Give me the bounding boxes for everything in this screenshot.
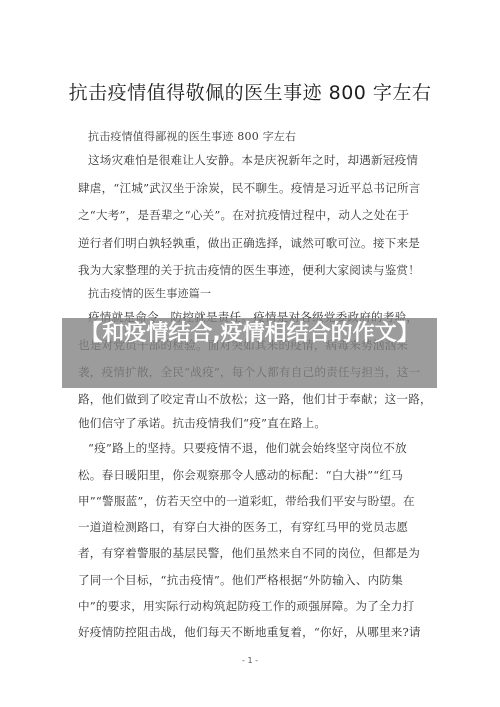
paragraph-line: 之“大考”，是吾辈之“心关”。在对抗疫情过程中，动人之处在于	[78, 207, 409, 223]
document-subtitle: 抗击疫情值得鄙视的医生事迹 800 字左右	[88, 128, 296, 144]
paragraph-line: 甲”“警服蓝”，仿若天空中的一道彩虹，带给我们平安与盼望。在	[78, 493, 415, 509]
paragraph-line: 我为大家整理的关于抗击疫情的医生事迹，便利大家阅读与鉴赏！	[78, 262, 420, 278]
paragraph-line: 者，有穿着警服的基层民警，他们虽然来自不同的岗位，但都是为	[78, 545, 420, 561]
paragraph-line: 逆行者们明白孰轻孰重，做出正确选择，诚然可歌可泣。接下来是	[78, 235, 420, 251]
section-heading: 抗击疫情的医生事迹篇一	[88, 285, 211, 301]
paragraph-line: 好疫情防控阻击战，他们每天不断地重复着，“你好，从哪里来?请	[78, 624, 421, 640]
paragraph-line: 中”的要求，用实际行动构筑起防疫工作的顽强屏障。为了全力打	[78, 598, 414, 614]
paragraph-line: 这场灾难怕是很难让人安静。本是庆祝新年之时，却遇新冠疫情	[88, 152, 418, 168]
banner-title: 【和疫情结合,疫情相结合的作文】	[62, 319, 437, 349]
paragraph-line: 肆虐，“江城”武汉坐于涂炭，民不聊生。疫情是习近平总书记所言	[78, 180, 420, 196]
paragraph-line: 了同一个目标，“抗击疫情”。他们严格根据“外防输入、内防集	[78, 572, 403, 588]
paragraph-line: 一道道检测路口，有穿白大褂的医务工，有穿红马甲的党员志愿	[78, 519, 408, 535]
title-banner-overlay: 【和疫情结合,疫情相结合的作文】	[62, 318, 437, 388]
paragraph-line: 松。春日暖阳里，你会观察那令人感动的标配：“白大褂”“红马	[78, 467, 403, 483]
page-number: - 1 -	[0, 656, 500, 665]
paragraph-line: “疫”路上的坚持。只要疫情不退，他们就会始终坚守岗位不放	[88, 440, 407, 456]
paragraph-line: 路，他们做到了咬定青山不放松；这一路，他们甘于奉献；这一路，	[78, 391, 432, 407]
paragraph-line: 他们信守了承诺。抗击疫情我们“疫”直在路上。	[78, 415, 326, 431]
